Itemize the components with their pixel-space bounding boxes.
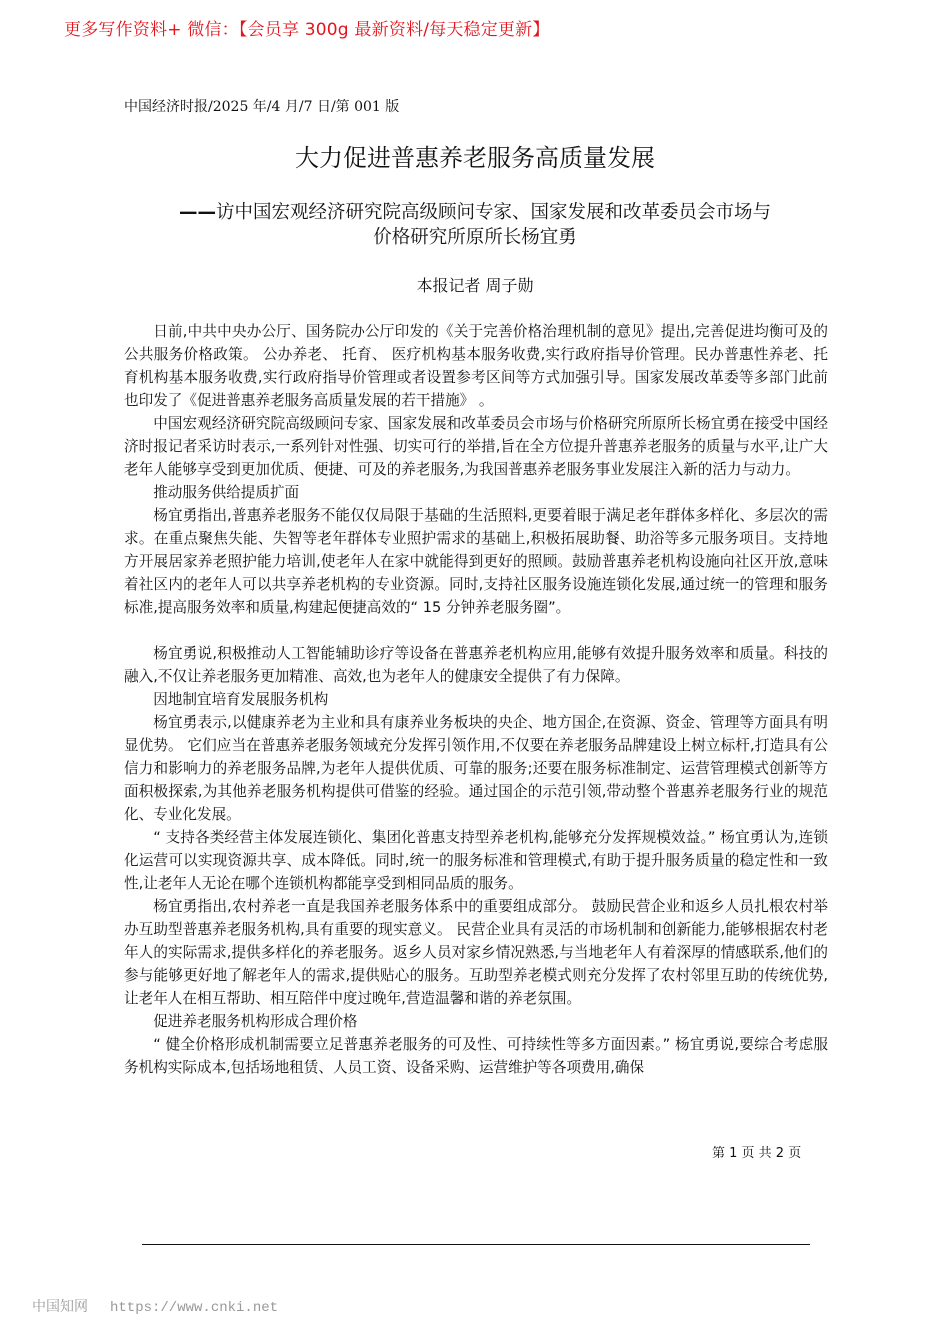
paragraph: 杨宜勇指出,普惠养老服务不能仅仅局限于基础的生活照料,更要着眼于满足老年群体多样… xyxy=(124,504,828,619)
paragraph: 中国宏观经济研究院高级顾问专家、国家发展和改革委员会市场与价格研究所原所长杨宜勇… xyxy=(124,412,828,481)
footer-site-name: 中国知网 xyxy=(32,1299,88,1315)
subtitle-dash: —— xyxy=(179,202,216,223)
paragraph: 日前,中共中央办公厅、国务院办公厅印发的《关于完善价格治理机制的意见》提出,完善… xyxy=(124,320,828,412)
footer-url-link[interactable]: https://www.cnki.net xyxy=(110,1300,278,1316)
paragraph: 杨宜勇指出,农村养老一直是我国养老服务体系中的重要组成部分。 鼓励民营企业和返乡… xyxy=(124,895,828,1010)
section-heading: 推动服务供给提质扩面 xyxy=(124,481,828,504)
paragraph: “ 健全价格形成机制需要立足普惠养老服务的可及性、可持续性等多方面因素。” 杨宜… xyxy=(124,1033,828,1079)
section-heading: 促进养老服务机构形成合理价格 xyxy=(124,1010,828,1033)
blank-line xyxy=(124,619,828,642)
footer: 中国知网https://www.cnki.net xyxy=(32,1296,278,1316)
article-body: 日前,中共中央办公厅、国务院办公厅印发的《关于完善价格治理机制的意见》提出,完善… xyxy=(124,320,828,1079)
page-indicator: 第 1 页 共 2 页 xyxy=(712,1142,801,1161)
subtitle-line-2: 价格研究所原所长杨宜勇 xyxy=(373,227,577,248)
footer-divider xyxy=(142,1244,810,1245)
paragraph: 杨宜勇表示,以健康养老为主业和具有康养业务板块的央企、地方国企,在资源、资金、管… xyxy=(124,711,828,826)
promo-banner: 更多写作资料+ 微信：【会员享 300g 最新资料/每天稳定更新】 xyxy=(64,15,550,40)
byline: 本报记者 周子勋 xyxy=(0,273,950,296)
paragraph: “ 支持各类经营主体发展连锁化、集团化普惠支持型养老机构,能够充分发挥规模效益。… xyxy=(124,826,828,895)
paragraph: 杨宜勇说,积极推动人工智能辅助诊疗等设备在普惠养老机构应用,能够有效提升服务效率… xyxy=(124,642,828,688)
article-subtitle: ——访中国宏观经济研究院高级顾问专家、国家发展和改革委员会市场与 价格研究所原所… xyxy=(120,200,830,250)
subtitle-line-1: 访中国宏观经济研究院高级顾问专家、国家发展和改革委员会市场与 xyxy=(216,202,771,223)
article-title: 大力促进普惠养老服务高质量发展 xyxy=(0,138,950,173)
source-line: 中国经济时报/2025 年/4 月/7 日/第 001 版 xyxy=(124,96,399,116)
section-heading: 因地制宜培育发展服务机构 xyxy=(124,688,828,711)
